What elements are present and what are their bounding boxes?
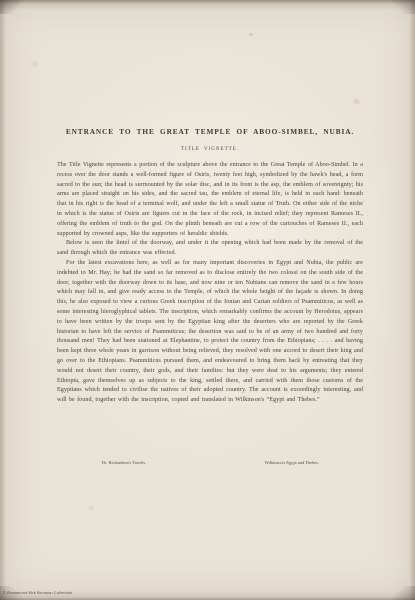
foxing-spot (30, 60, 40, 68)
photo-edge-corner (0, 0, 34, 14)
scanned-page: ENTRANCE TO THE GREAT TEMPLE OF ABOO-SIM… (0, 0, 415, 600)
footnote-source-left: Dr. Richardson's Travels. (102, 460, 146, 465)
page-subtitle: TITLE VIGNETTE. (57, 147, 363, 152)
footnote-source-right: Wilkinson's Egypt and Thebes. (265, 460, 319, 465)
text-block: ENTRANCE TO THE GREAT TEMPLE OF ABOO-SIM… (57, 127, 363, 406)
paragraph: Below is seen the lintel of the doorway,… (57, 239, 363, 259)
footnotes: Dr. Richardson's Travels. Wilkinson's Eg… (57, 460, 363, 465)
body-text: The Title Vignette represents a portion … (57, 161, 363, 406)
photo-edge-corner (381, 586, 415, 600)
photo-edge-corner (381, 0, 415, 14)
collection-watermark: © Rosamond Kirk Bronson Collection (3, 590, 73, 595)
paragraph: The Title Vignette represents a portion … (57, 161, 363, 239)
foxing-spot (88, 505, 95, 511)
foxing-spot (248, 32, 254, 37)
page-title: ENTRANCE TO THE GREAT TEMPLE OF ABOO-SIM… (57, 127, 363, 136)
foxing-spot (352, 98, 361, 105)
paragraph: For the latest excavations here, as well… (57, 259, 363, 406)
